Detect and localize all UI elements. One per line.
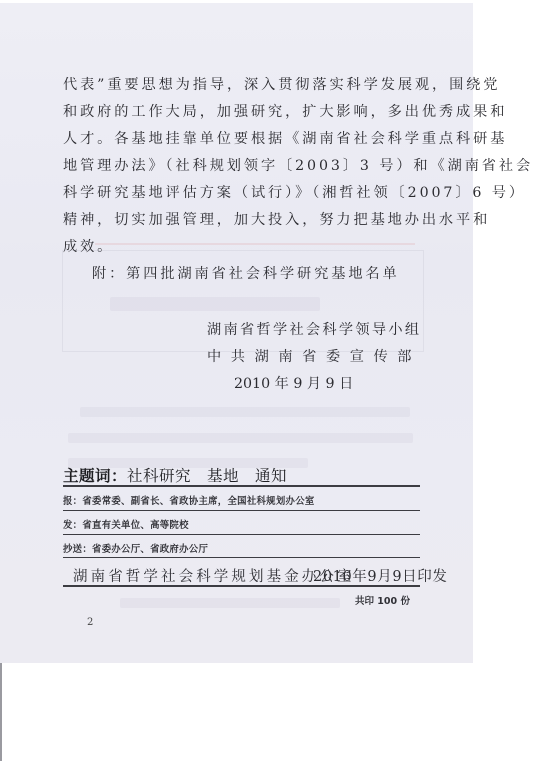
signatory-propaganda-dept: 中共湖南省委宣传部 [207, 348, 421, 366]
body-line: 人才。各基地挂靠单位要根据《湖南省社会科学重点科研基 [63, 130, 507, 148]
report-to: 报：省委常委、副省长、省政协主席，全国社科规划办公室 [63, 493, 315, 507]
attachment-note: 附：第四批湖南省社会科学研究基地名单 [92, 265, 400, 283]
subject-keyword-list: 社科研究 基地 通知 [127, 467, 287, 485]
divider-rule [63, 510, 420, 511]
send-to: 发：省直有关单位、高等院校 [63, 517, 189, 531]
divider-rule [63, 585, 420, 587]
subject-keywords: 主题词：社科研究 基地 通知 [63, 464, 287, 486]
divider-rule [63, 557, 420, 558]
divider-rule [63, 534, 420, 535]
signatory-leading-group: 湖南省哲学社会科学领导小组 [207, 321, 421, 339]
issue-date: 2010年9月9日印发 [313, 565, 447, 586]
signature-date: 2010 年 9 月 9 日 [234, 375, 353, 393]
page-number: 2 [87, 617, 93, 628]
body-line: 和政府的工作大局，加强研究，扩大影响，多出优秀成果和 [63, 103, 507, 121]
show-through-text [80, 407, 410, 417]
scan-edge [0, 663, 2, 761]
divider-rule [63, 485, 420, 487]
subject-label: 主题词： [63, 467, 127, 485]
body-line: 地管理办法》（社科规划领字〔2003〕3 号）和《湖南省社会 [63, 157, 533, 175]
body-line: 科学研究基地评估方案（试行）》（湘哲社领〔2007〕6 号） [63, 184, 526, 202]
cc-to: 抄送：省委办公厅、省政府办公厅 [63, 541, 208, 555]
show-through-text [68, 433, 413, 443]
body-line: 代表”重要思想为指导，深入贯彻落实科学发展观，围绕党 [63, 76, 500, 94]
body-line: 成效。 [63, 238, 114, 256]
print-copies: 共印 100 份 [355, 593, 410, 607]
show-through-title [110, 297, 320, 311]
body-line: 精神，切实加强管理，加大投入，努力把基地办出水平和 [63, 211, 490, 229]
scanned-page: 代表”重要思想为指导，深入贯彻落实科学发展观，围绕党 和政府的工作大局，加强研究… [0, 3, 473, 663]
show-through-mark [95, 243, 415, 245]
show-through-text [120, 598, 340, 608]
